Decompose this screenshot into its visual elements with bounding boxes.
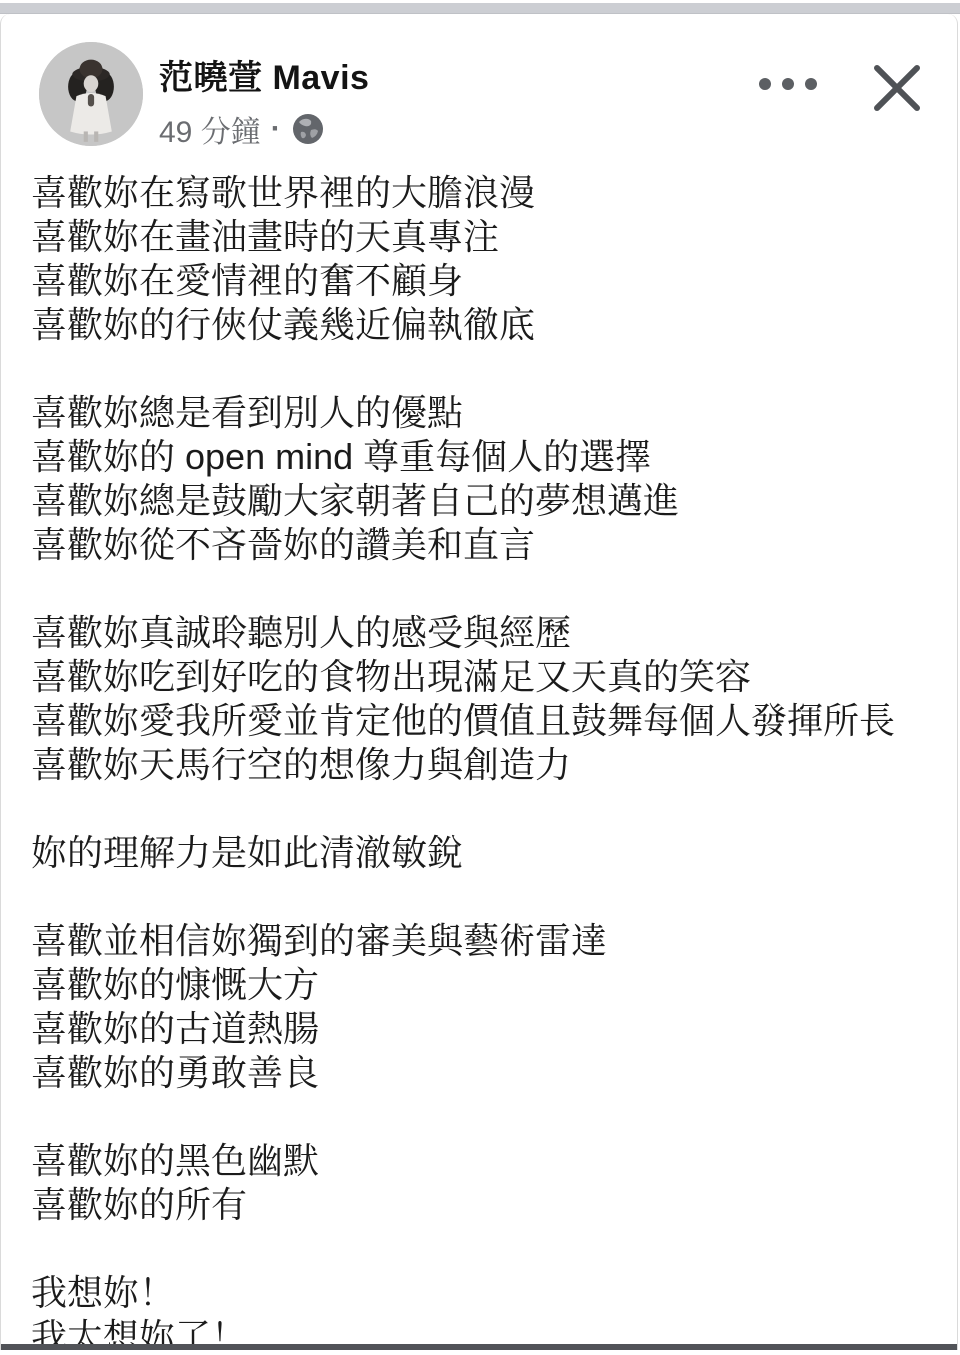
post-text-line: 喜歡妳從不吝嗇妳的讚美和直言 (31, 523, 933, 567)
post-text-line: 妳的理解力是如此清澈敏銳 (31, 831, 933, 875)
post-text-line: 喜歡妳的行俠仗義幾近偏執徹底 (31, 303, 933, 347)
author-name[interactable]: 范曉萱 Mavis (159, 50, 369, 99)
post-text: 喜歡妳在寫歌世界裡的大膽浪漫喜歡妳在畫油畫時的天真專注喜歡妳在愛情裡的奮不顧身喜… (1, 151, 957, 1350)
post-header: 范曉萱 Mavis 49 分鐘 · (1, 14, 957, 151)
header-actions (753, 42, 929, 120)
more-button[interactable] (753, 56, 823, 112)
post-paragraph: 喜歡並相信妳獨到的審美與藝術雷達喜歡妳的慷慨大方喜歡妳的古道熱腸喜歡妳的勇敢善良 (31, 919, 933, 1095)
post-text-line: 喜歡妳真誠聆聽別人的感受與經歷 (31, 611, 933, 655)
post-meta: 49 分鐘 · (159, 107, 369, 151)
timestamp[interactable]: 49 分鐘 (159, 107, 261, 151)
post-text-line: 喜歡妳的古道熱腸 (31, 1007, 933, 1051)
close-icon (871, 62, 923, 114)
close-button[interactable] (865, 56, 929, 120)
avatar[interactable] (39, 42, 143, 146)
post-text-line: 喜歡妳的黑色幽默 (31, 1139, 933, 1183)
post-text-line: 喜歡妳總是看到別人的優點 (31, 391, 933, 435)
post-text-line: 喜歡妳在畫油畫時的天真專注 (31, 215, 933, 259)
bottom-edge-bar (1, 1344, 957, 1350)
post-paragraph: 喜歡妳真誠聆聽別人的感受與經歷喜歡妳吃到好吃的食物出現滿足又天真的笑容喜歡妳愛我… (31, 611, 933, 787)
ellipsis-icon (757, 76, 819, 92)
header-text: 范曉萱 Mavis 49 分鐘 · (159, 42, 369, 151)
meta-separator: · (271, 112, 281, 146)
post-text-line: 喜歡妳在寫歌世界裡的大膽浪漫 (31, 171, 933, 215)
post-card: 范曉萱 Mavis 49 分鐘 · (0, 14, 958, 1350)
post-paragraph: 喜歡妳總是看到別人的優點喜歡妳的 open mind 尊重每個人的選擇喜歡妳總是… (31, 391, 933, 567)
post-text-line: 喜歡妳總是鼓勵大家朝著自己的夢想邁進 (31, 479, 933, 523)
post-text-line: 喜歡妳天馬行空的想像力與創造力 (31, 743, 933, 787)
post-paragraph: 喜歡妳在寫歌世界裡的大膽浪漫喜歡妳在畫油畫時的天真專注喜歡妳在愛情裡的奮不顧身喜… (31, 171, 933, 347)
post-paragraph: 妳的理解力是如此清澈敏銳 (31, 831, 933, 875)
post-text-line: 喜歡妳在愛情裡的奮不顧身 (31, 259, 933, 303)
window-top-strip (0, 3, 960, 14)
post-text-line: 喜歡妳吃到好吃的食物出現滿足又天真的笑容 (31, 655, 933, 699)
post-text-line: 喜歡妳的所有 (31, 1183, 933, 1227)
post-text-line: 我想妳！ (31, 1271, 933, 1315)
post-text-line: 喜歡妳的 open mind 尊重每個人的選擇 (31, 435, 933, 479)
post-text-line: 喜歡妳的勇敢善良 (31, 1051, 933, 1095)
post-text-line: 喜歡妳的慷慨大方 (31, 963, 933, 1007)
avatar-photo (39, 42, 143, 146)
post-text-line: 喜歡並相信妳獨到的審美與藝術雷達 (31, 919, 933, 963)
globe-icon (291, 112, 325, 146)
post-paragraph: 我想妳！我太想妳了！ (31, 1271, 933, 1350)
post-text-line: 喜歡妳愛我所愛並肯定他的價值且鼓舞每個人發揮所長 (31, 699, 933, 743)
post-paragraph: 喜歡妳的黑色幽默喜歡妳的所有 (31, 1139, 933, 1227)
